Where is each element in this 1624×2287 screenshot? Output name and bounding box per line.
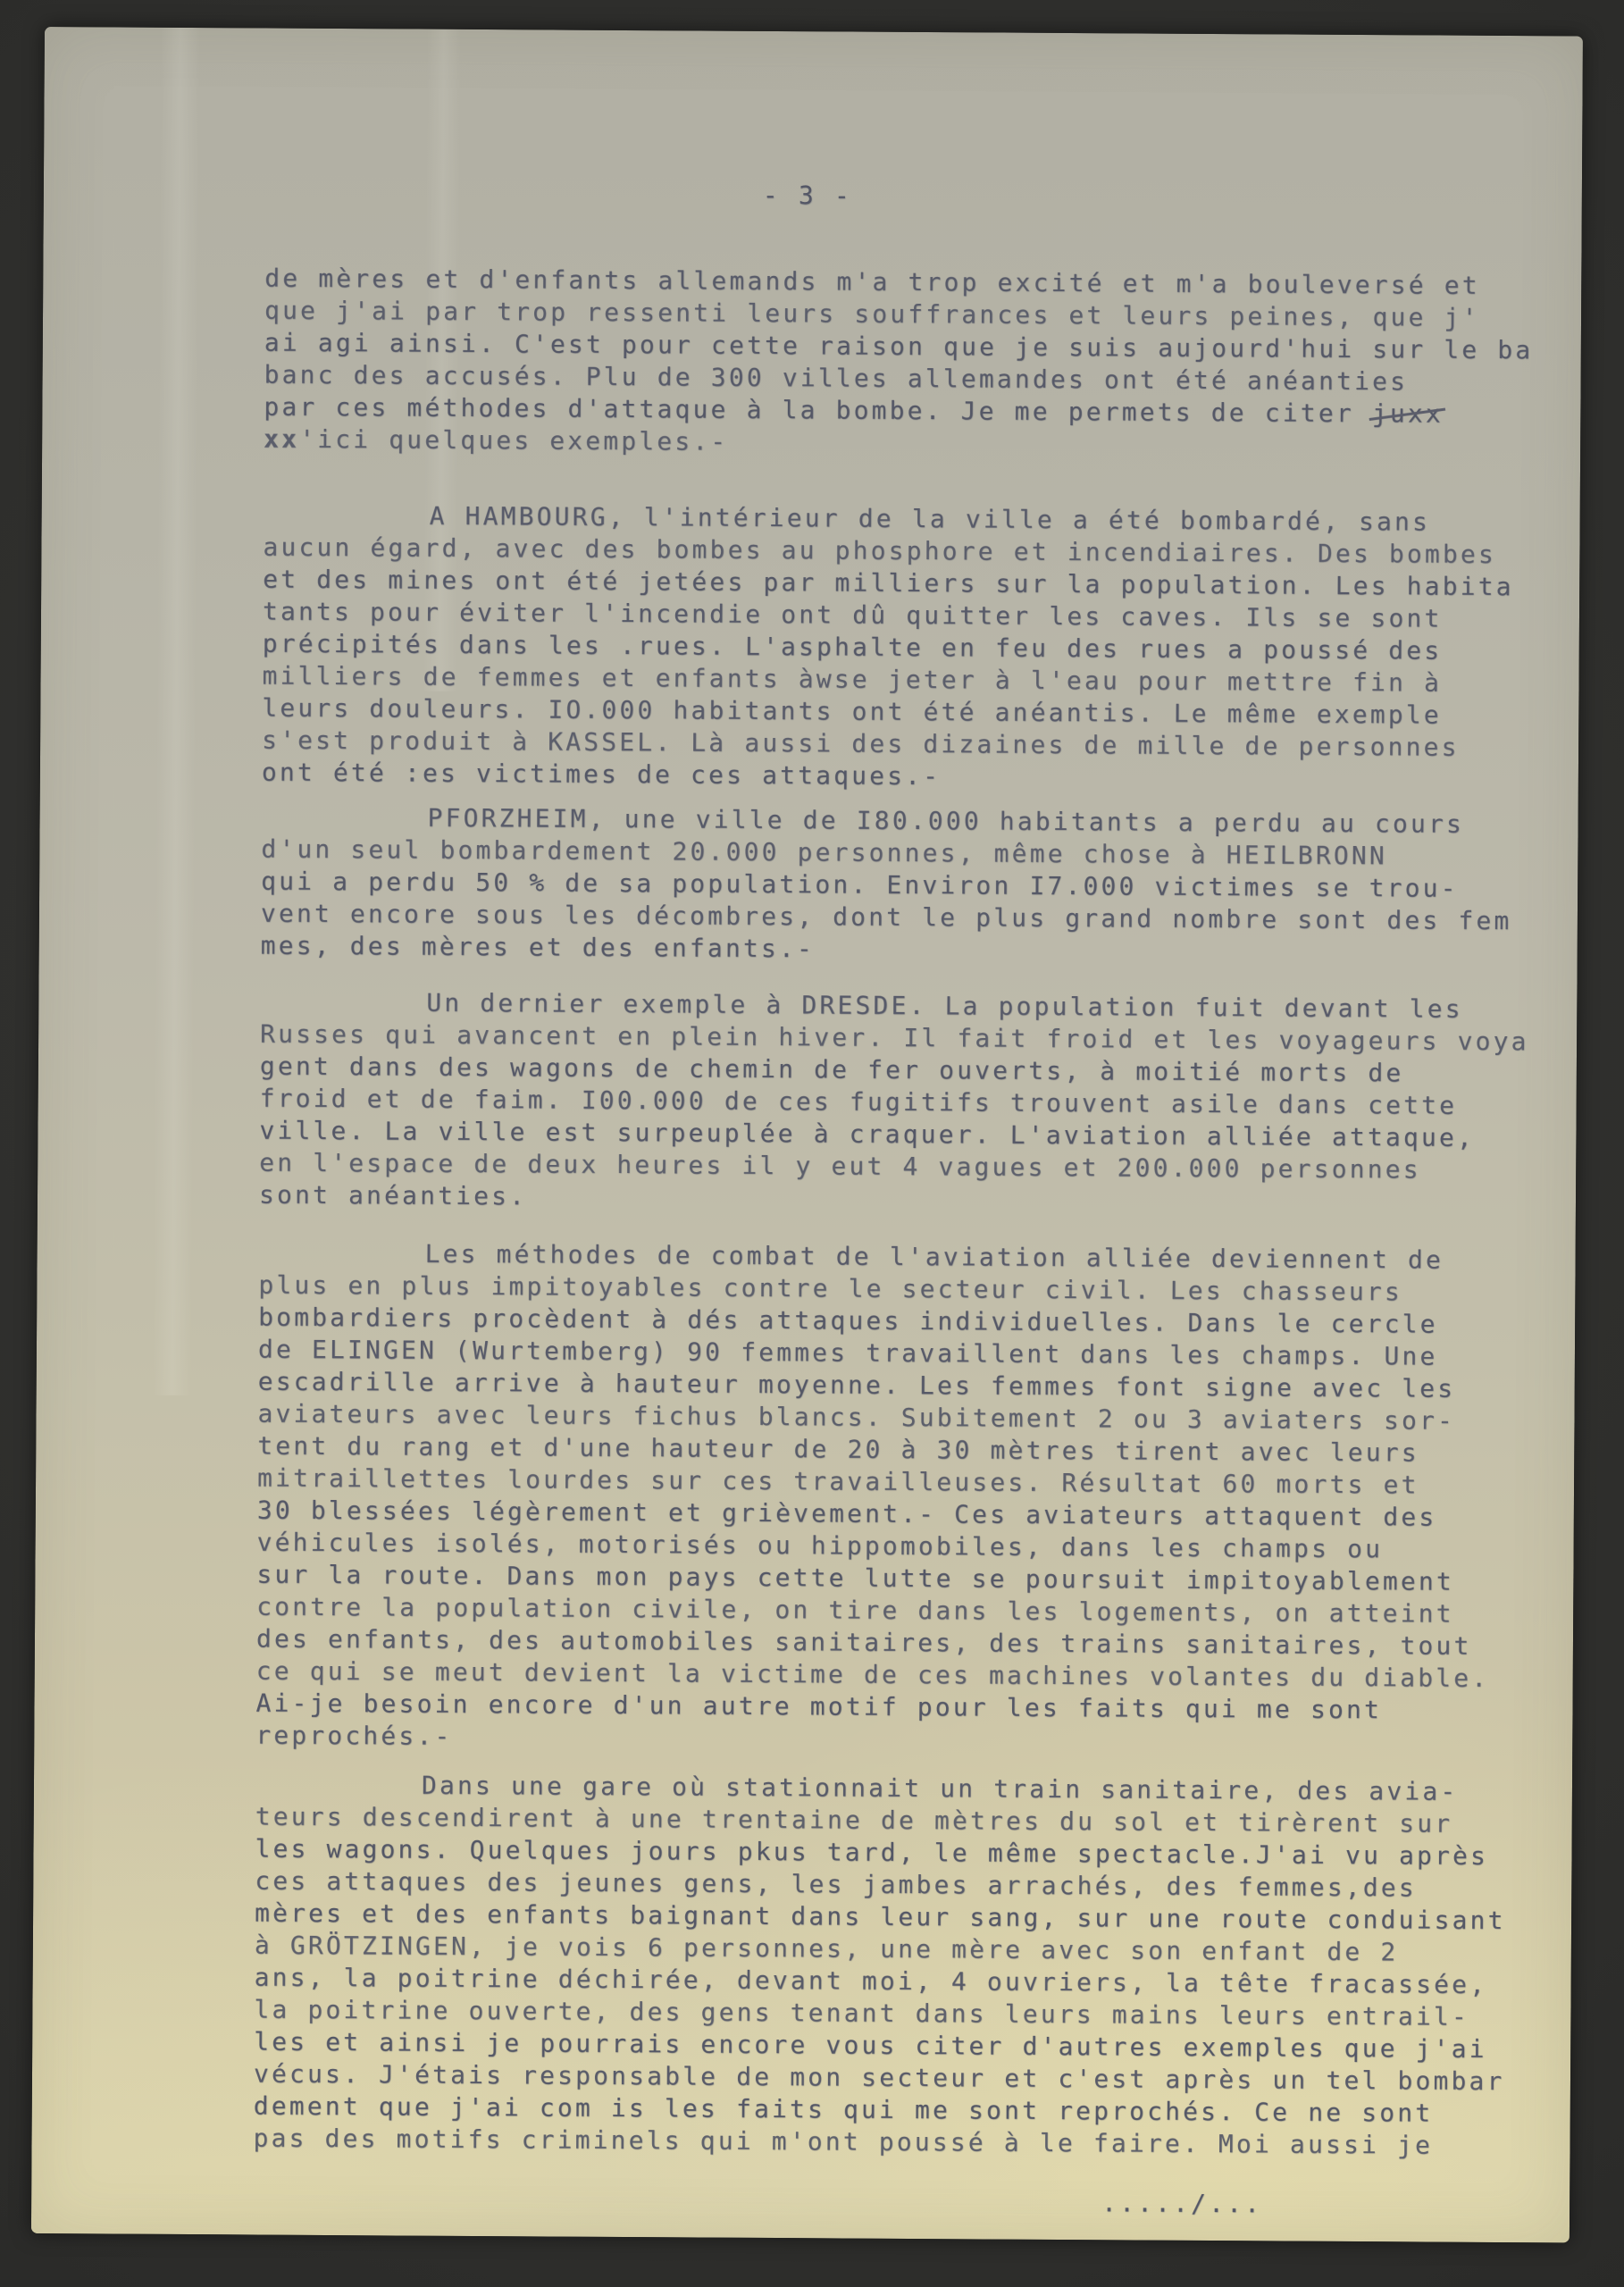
strike-text: juxx: [1372, 398, 1444, 428]
text-line: xx'ici quelques exemples.-: [264, 423, 1580, 464]
paragraph-2: A HAMBOURG, l'intérieur de la ville a ét…: [262, 499, 1580, 797]
text-line: sont anéanties.: [259, 1178, 1576, 1219]
page-number: - 3 -: [763, 180, 852, 211]
paragraph-3: PFORZHEIM, une ville de I80.000 habitant…: [261, 800, 1578, 969]
text-run: 'ici quelques exemples.-: [299, 424, 728, 457]
overstrike-text: xx: [264, 424, 299, 454]
paragraph-6: Dans une gare où stationnait un train sa…: [253, 1768, 1572, 2162]
document-page: - 3 - de mères et d'enfants allemands m'…: [31, 27, 1583, 2242]
continuation-mark: ...../...: [1101, 2188, 1262, 2218]
paragraph-4: Un dernier exemple à DRESDE. La populati…: [259, 985, 1578, 1219]
text-run: par ces méthodes d'attaque à la bombe. J…: [264, 392, 1372, 429]
paragraph-5: Les méthodes de combat de l'aviation all…: [255, 1236, 1575, 1759]
scan-background: { "page": { "number_label": "- 3 -", "co…: [0, 0, 1624, 2287]
text-line: reprochés.-: [255, 1719, 1572, 1759]
paper-crease: [153, 28, 200, 1396]
text-line: pas des motifs criminels qui m'ont pouss…: [253, 2122, 1570, 2162]
paragraph-1: de mères et d'enfants allemands m'a trop…: [264, 263, 1581, 464]
